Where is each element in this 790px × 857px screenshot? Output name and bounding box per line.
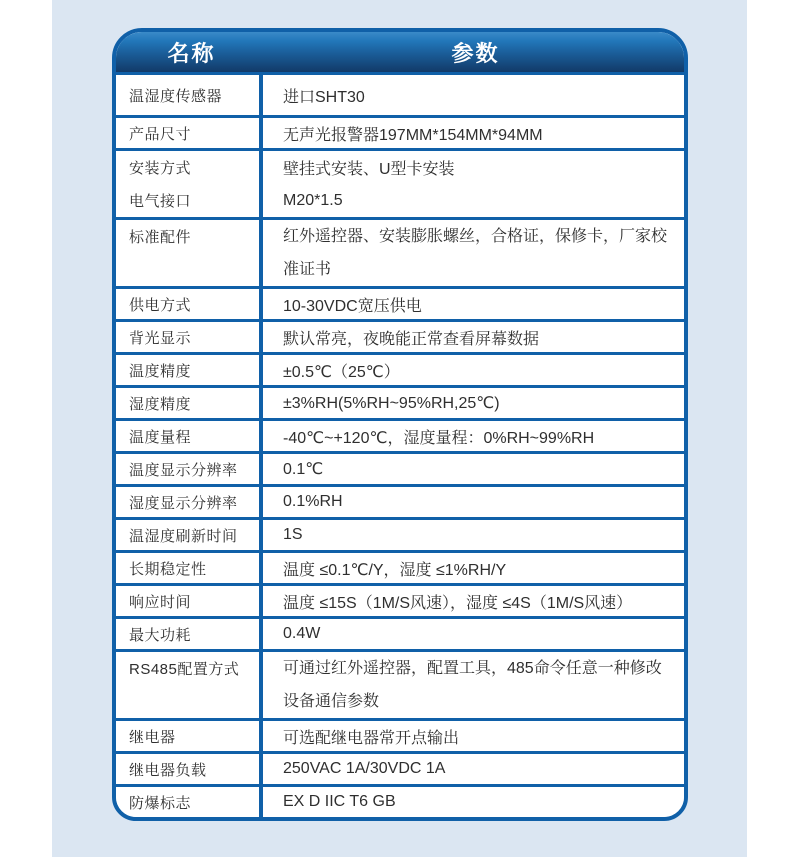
row-value: 温度 ≤0.1℃/Y，湿度 ≤1%RH/Y <box>263 553 684 583</box>
row-value: ±3%RH(5%RH~95%RH,25℃) <box>263 388 684 418</box>
row-value: 默认常亮，夜晚能正常查看屏幕数据 <box>263 322 684 352</box>
table-row: 温湿度刷新时间 1S <box>116 517 684 550</box>
row-value: 可选配继电器常开点输出 <box>263 721 684 751</box>
column-header-name: 名称 <box>116 32 267 72</box>
table-row: 温湿度传感器 进口SHT30 <box>116 72 684 115</box>
row-value-line: M20*1.5 <box>283 184 676 217</box>
table-row: 标准配件 红外遥控器、安装膨胀螺丝，合格证，保修卡，厂家校准证书 <box>116 217 684 286</box>
table-row: 温度显示分辨率 0.1℃ <box>116 451 684 484</box>
row-value: 0.1℃ <box>263 454 684 484</box>
row-label: 温湿度传感器 <box>116 75 263 115</box>
row-value: 进口SHT30 <box>263 75 684 115</box>
row-value: EX D IIC T6 GB <box>263 787 684 817</box>
row-label: 安装方式 电气接口 <box>116 151 263 217</box>
table-row: 湿度精度 ±3%RH(5%RH~95%RH,25℃) <box>116 385 684 418</box>
table-row: 最大功耗 0.4W <box>116 616 684 649</box>
row-value: 1S <box>263 520 684 550</box>
row-value: -40℃~+120℃，湿度量程：0%RH~99%RH <box>263 421 684 451</box>
row-label: 温湿度刷新时间 <box>116 520 263 550</box>
row-label: 继电器负载 <box>116 754 263 784</box>
table-row: 产品尺寸 无声光报警器197MM*154MM*94MM <box>116 115 684 148</box>
row-value: 250VAC 1A/30VDC 1A <box>263 754 684 784</box>
table-row: 继电器 可选配继电器常开点输出 <box>116 718 684 751</box>
table-header-row: 名称 参数 <box>116 32 684 72</box>
row-value: 壁挂式安装、U型卡安装 M20*1.5 <box>263 151 684 217</box>
row-value: 无声光报警器197MM*154MM*94MM <box>263 118 684 148</box>
row-label: 湿度精度 <box>116 388 263 418</box>
row-label-line: RS485配置方式 <box>129 652 259 685</box>
row-value: 红外遥控器、安装膨胀螺丝，合格证，保修卡，厂家校准证书 <box>263 220 684 286</box>
row-label: 背光显示 <box>116 322 263 352</box>
row-value: 温度 ≤15S（1M/S风速），湿度 ≤4S（1M/S风速） <box>263 586 684 616</box>
row-label: 温度显示分辨率 <box>116 454 263 484</box>
table-row: 继电器负载 250VAC 1A/30VDC 1A <box>116 751 684 784</box>
row-label: 长期稳定性 <box>116 553 263 583</box>
row-label: 供电方式 <box>116 289 263 319</box>
row-value-text: 红外遥控器、安装膨胀螺丝，合格证，保修卡，厂家校准证书 <box>283 220 676 286</box>
table-row: 响应时间 温度 ≤15S（1M/S风速），湿度 ≤4S（1M/S风速） <box>116 583 684 616</box>
row-label: RS485配置方式 <box>116 652 263 718</box>
row-label: 响应时间 <box>116 586 263 616</box>
table-row: 安装方式 电气接口 壁挂式安装、U型卡安装 M20*1.5 <box>116 148 684 217</box>
row-value-line: 壁挂式安装、U型卡安装 <box>283 151 676 184</box>
row-label: 湿度显示分辨率 <box>116 487 263 517</box>
table-row: 供电方式 10-30VDC宽压供电 <box>116 286 684 319</box>
row-label: 标准配件 <box>116 220 263 286</box>
table-row: 温度精度 ±0.5℃（25℃） <box>116 352 684 385</box>
row-label: 温度量程 <box>116 421 263 451</box>
row-value: ±0.5℃（25℃） <box>263 355 684 385</box>
row-value: 0.1%RH <box>263 487 684 517</box>
row-value: 10-30VDC宽压供电 <box>263 289 684 319</box>
table-row: 防爆标志 EX D IIC T6 GB <box>116 784 684 817</box>
table-row: RS485配置方式 可通过红外遥控器，配置工具，485命令任意一种修改设备通信参… <box>116 649 684 718</box>
row-label-line: 安装方式 <box>129 151 259 184</box>
table-row: 湿度显示分辨率 0.1%RH <box>116 484 684 517</box>
row-label: 防爆标志 <box>116 787 263 817</box>
row-value-text: 可通过红外遥控器，配置工具，485命令任意一种修改设备通信参数 <box>283 652 676 718</box>
table-row: 温度量程 -40℃~+120℃，湿度量程：0%RH~99%RH <box>116 418 684 451</box>
row-label-line: 标准配件 <box>129 220 259 253</box>
row-label: 温度精度 <box>116 355 263 385</box>
row-label: 最大功耗 <box>116 619 263 649</box>
row-value: 0.4W <box>263 619 684 649</box>
row-label: 产品尺寸 <box>116 118 263 148</box>
table-row: 长期稳定性 温度 ≤0.1℃/Y，湿度 ≤1%RH/Y <box>116 550 684 583</box>
row-value: 可通过红外遥控器，配置工具，485命令任意一种修改设备通信参数 <box>263 652 684 718</box>
table-row: 背光显示 默认常亮，夜晚能正常查看屏幕数据 <box>116 319 684 352</box>
spec-table-panel: 名称 参数 温湿度传感器 进口SHT30 产品尺寸 无声光报警器197MM*15… <box>112 28 688 821</box>
row-label: 继电器 <box>116 721 263 751</box>
row-label-line: 电气接口 <box>129 184 259 217</box>
column-header-param: 参数 <box>267 32 684 72</box>
